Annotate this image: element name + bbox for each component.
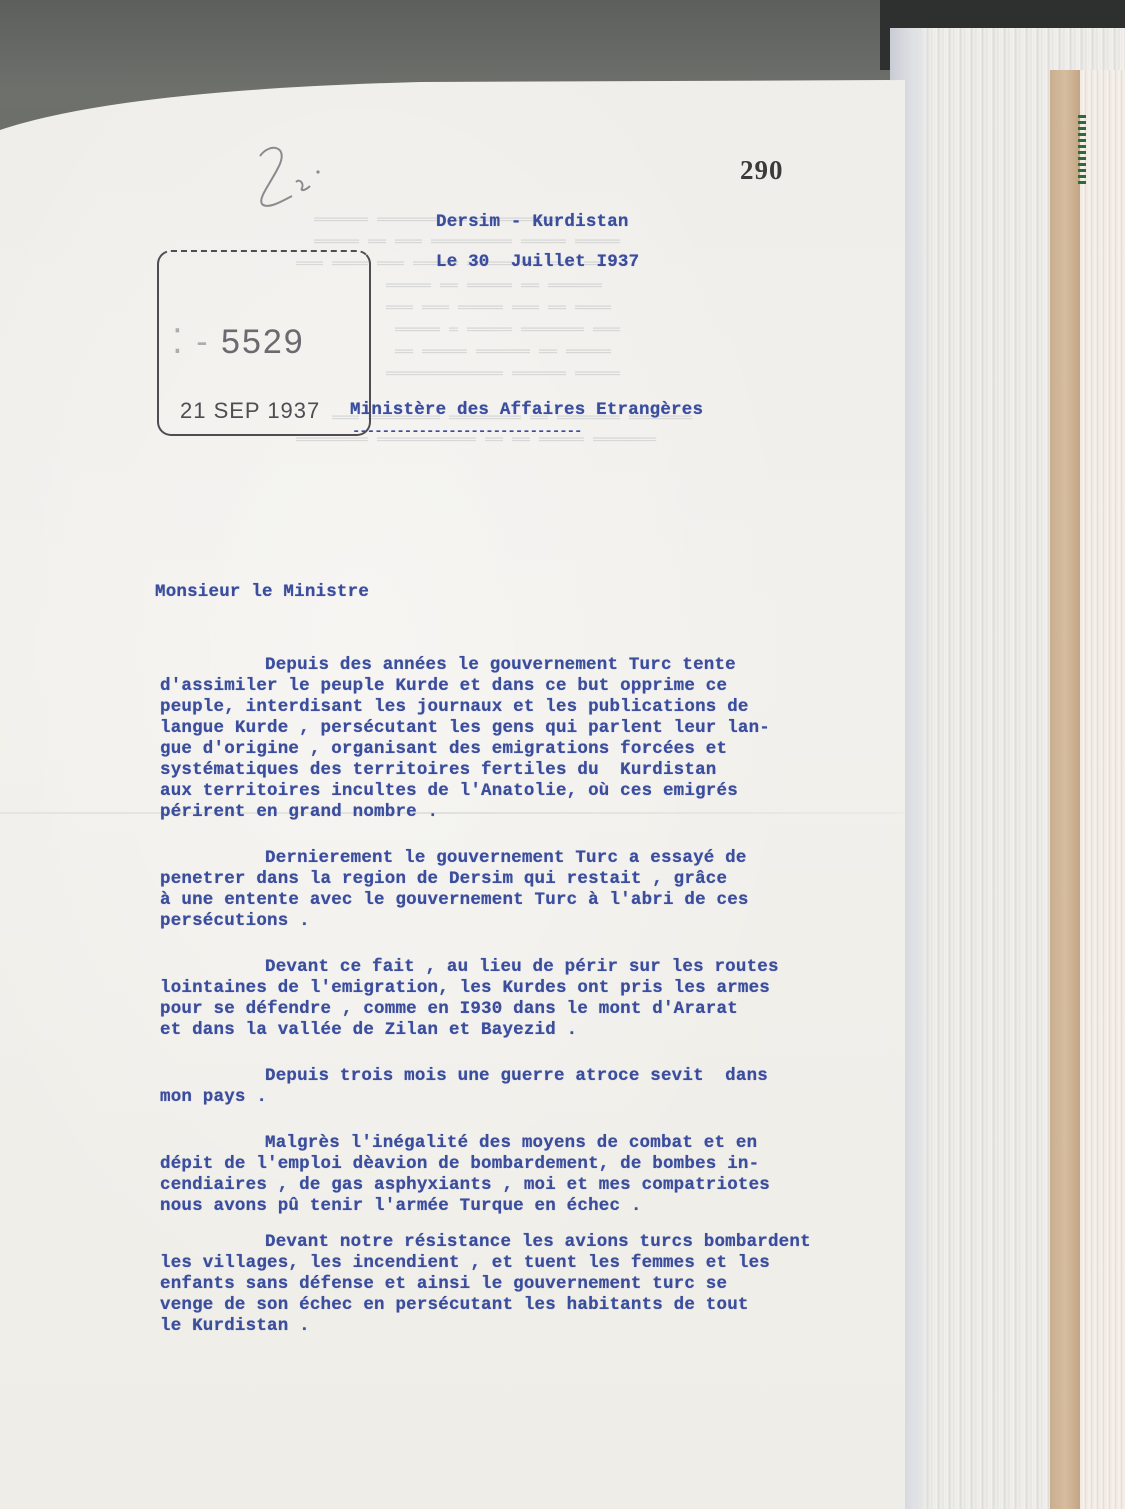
page-number: 290 [740,155,784,186]
paragraph-line: systématiques des territoires fertiles d… [160,760,900,781]
paragraph-line: Devant ce fait , au lieu de périr sur le… [160,957,900,978]
recipient-underline: ------------------------------- [352,424,581,440]
pencil-annotation-icon [248,138,328,218]
paragraph-line: langue Kurde , persécutant les gens qui … [160,718,900,739]
paragraph-2: Dernierement le gouvernement Turc a essa… [160,848,900,932]
paragraph-line: à une entente avec le gouvernement Turc … [160,890,900,911]
paragraph-4: Depuis trois mois une guerre atroce sevi… [160,1066,900,1108]
paragraph-6: Devant notre résistance les avions turcs… [160,1232,900,1337]
stamp-number-text: 5529 [221,323,305,361]
paragraph-line: les villages, les incendient , et tuent … [160,1253,900,1274]
stamp-number: ⁚ ‑ 5529 [172,322,305,362]
paragraph-line: peuple, interdisant les journaux et les … [160,697,900,718]
paragraph-line: nous avons pû tenir l'armée Turque en éc… [160,1196,900,1217]
paragraph-line: persécutions . [160,911,900,932]
paragraph-line: penetrer dans la region de Dersim qui re… [160,869,900,890]
paragraph-line: pour se défendre , comme en I930 dans le… [160,999,900,1020]
tan-divider-page [1050,70,1080,1509]
paragraph-line: Malgrès l'inégalité des moyens de combat… [160,1133,900,1154]
paragraph-line: et dans la vallée de Zilan et Bayezid . [160,1020,900,1041]
paragraph-3: Devant ce fait , au lieu de périr sur le… [160,957,900,1041]
paragraph-line: d'assimiler le peuple Kurde et dans ce b… [160,676,900,697]
paragraph-1: Depuis des années le gouvernement Turc t… [160,655,900,823]
paragraph-line: mon pays . [160,1087,900,1108]
stamp-date: 21 SEP 1937 [180,398,320,424]
salutation: Monsieur le Ministre [155,582,369,602]
paragraph-line: Devant notre résistance les avions turcs… [160,1232,900,1253]
paragraph-line: le Kurdistan . [160,1316,900,1337]
paragraph-line: aux territoires incultes de l'Anatolie, … [160,781,900,802]
paragraph-line: venge de son échec en persécutant les ha… [160,1295,900,1316]
paragraph-line: gue d'origine , organisant des emigratio… [160,739,900,760]
paragraph-line: lointaines de l'emigration, les Kurdes o… [160,978,900,999]
letter-place: Dersim - Kurdistan [436,212,629,232]
paragraph-line: Depuis des années le gouvernement Turc t… [160,655,900,676]
paragraph-line: cendiaires , de gas asphyxiants , moi et… [160,1175,900,1196]
paragraph-line: Depuis trois mois une guerre atroce sevi… [160,1066,900,1087]
rear-pages [1080,70,1125,1509]
paragraph-line: périrent en grand nombre . [160,802,900,823]
paragraph-line: enfants sans défense et ainsi le gouvern… [160,1274,900,1295]
letter-date: Le 30 Juillet I937 [436,252,639,272]
paragraph-line: dépit de l'emploi dèavion de bombardemen… [160,1154,900,1175]
paragraph-5: Malgrès l'inégalité des moyens de combat… [160,1133,900,1217]
green-marker [1078,115,1086,185]
paragraph-line: Dernierement le gouvernement Turc a essa… [160,848,900,869]
letter-recipient: Ministère des Affaires Etrangères [350,400,703,420]
